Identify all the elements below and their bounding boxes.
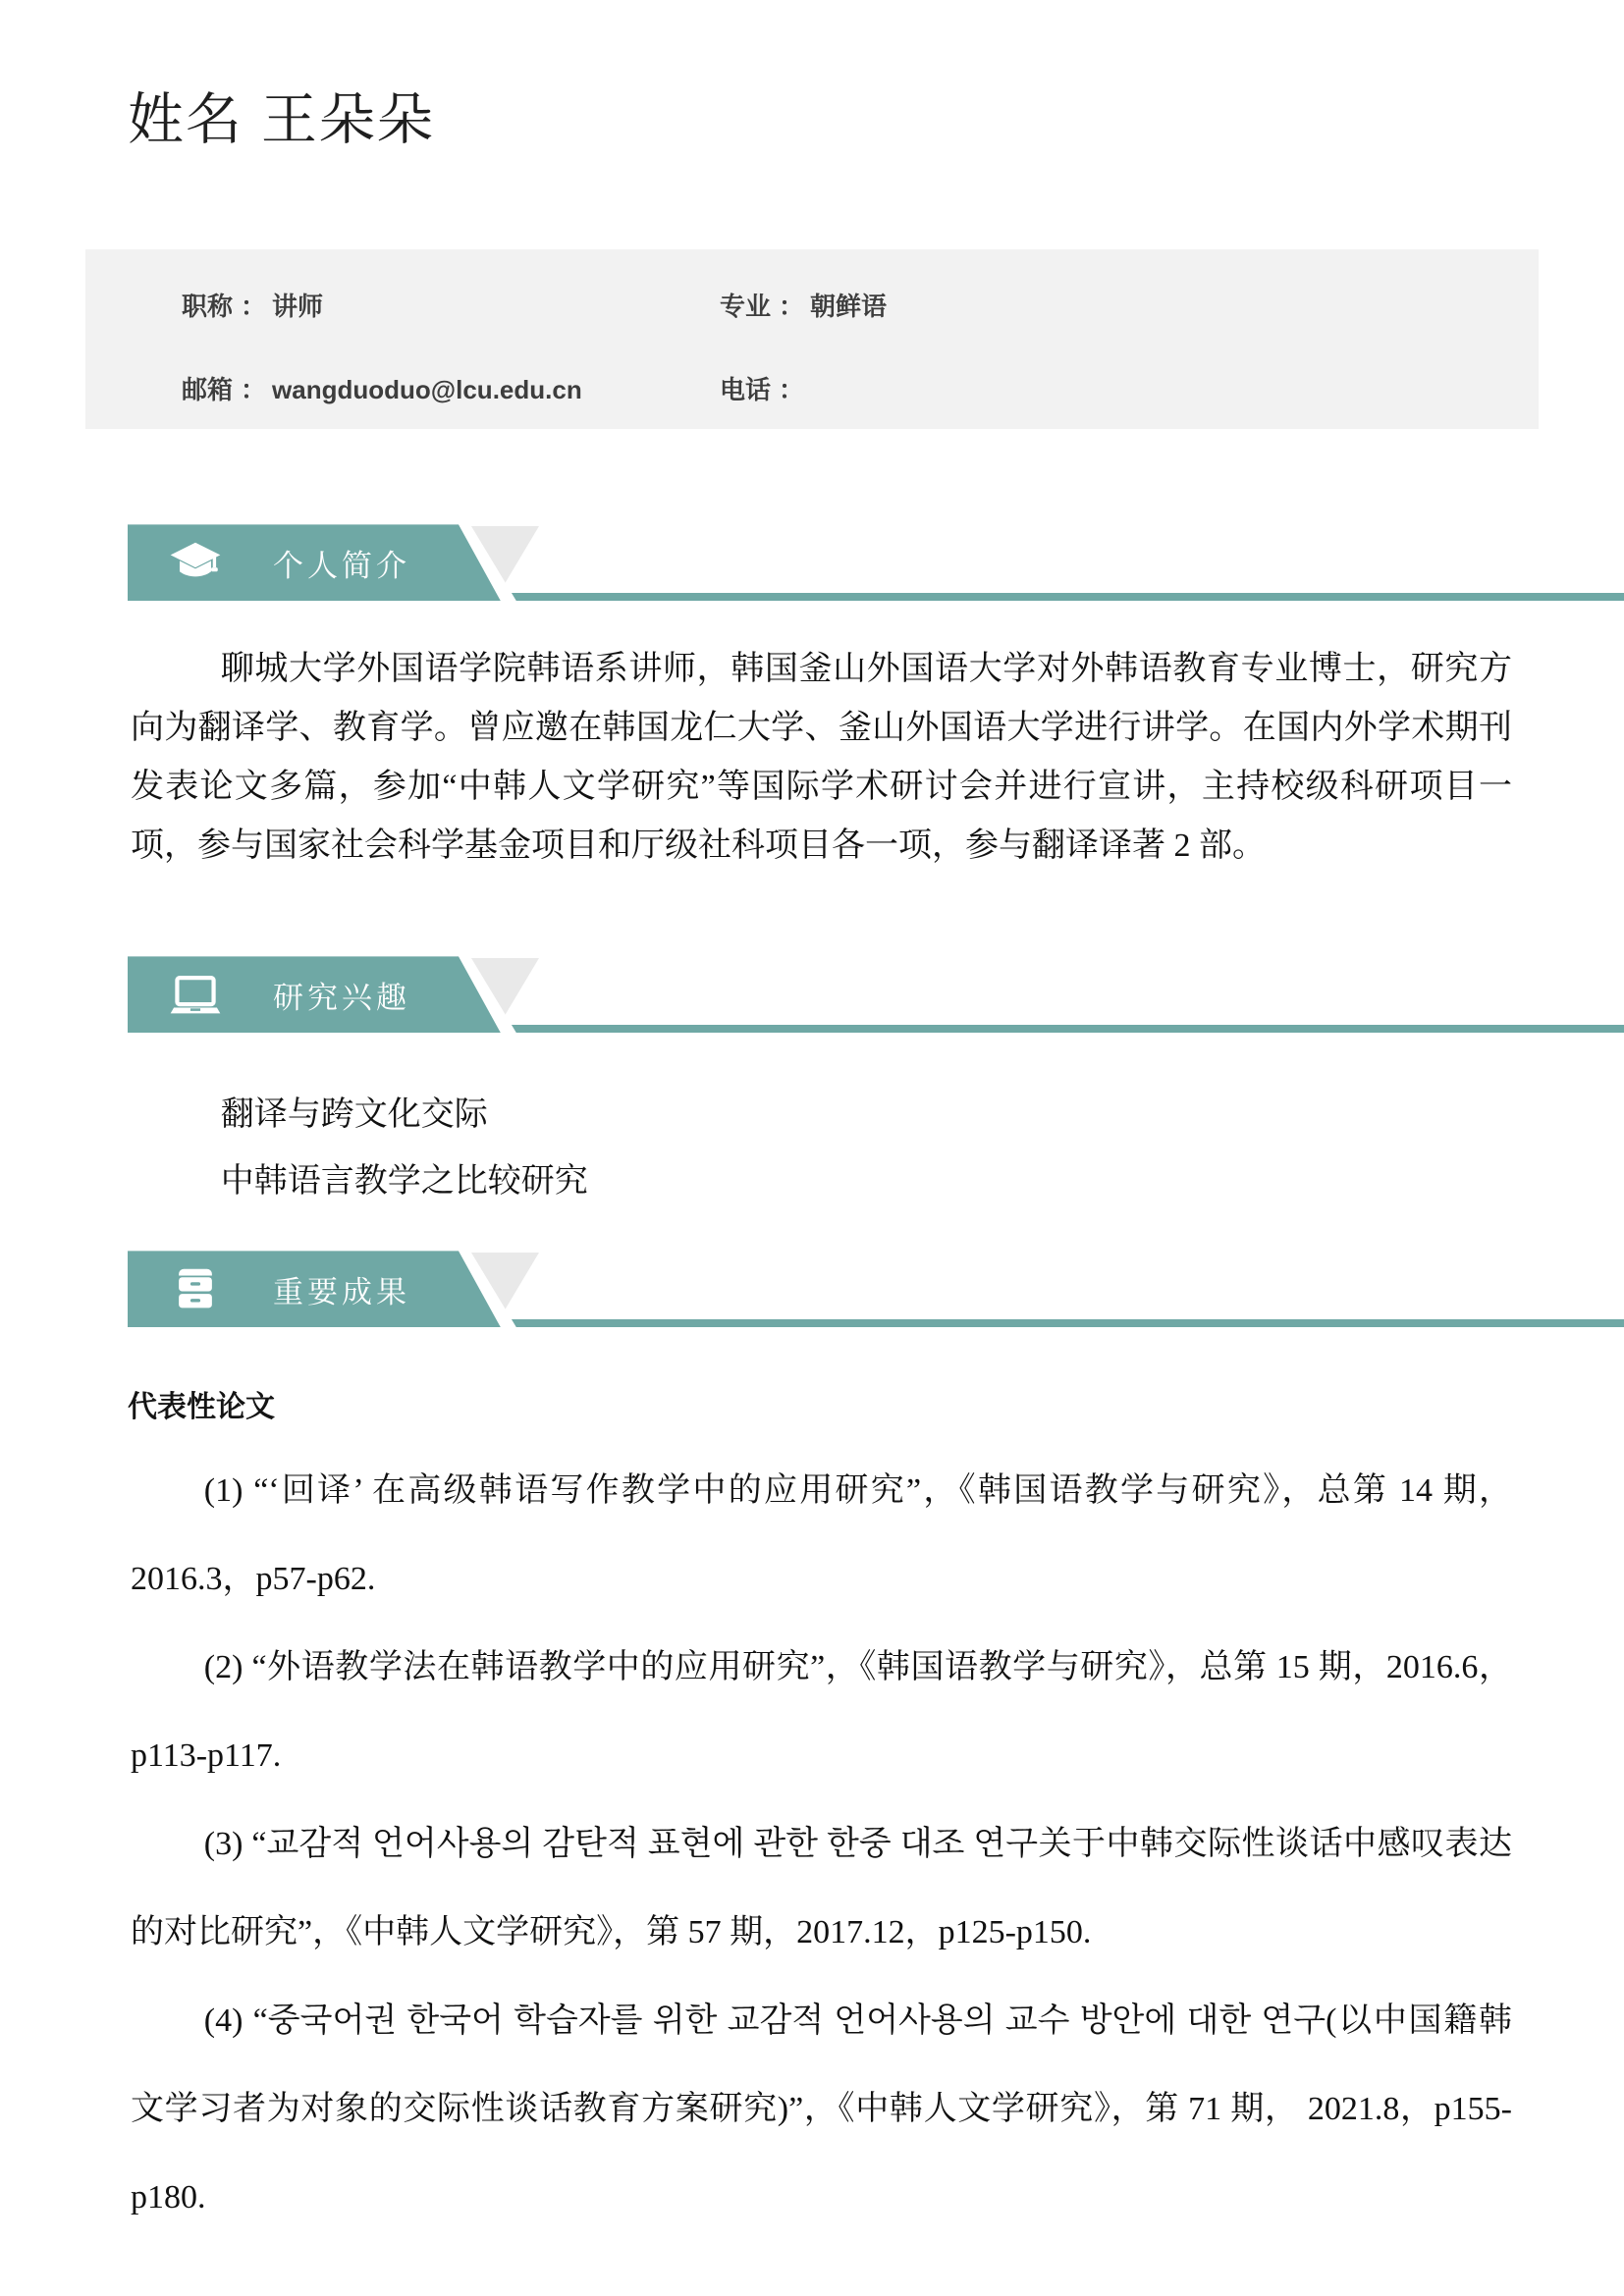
- info-field-phone: 电话：: [720, 376, 1539, 404]
- section-header-profile: 个人简介: [128, 524, 1624, 601]
- info-box: 职称：讲师 专业：朝鲜语 邮箱：wangduoduo@lcu.edu.cn 电话…: [85, 249, 1539, 429]
- field-label: 职称: [182, 292, 233, 321]
- field-separator: ：: [233, 375, 272, 404]
- interests-list: 翻译与跨文化交际 中韩语言教学之比较研究: [131, 1082, 1512, 1215]
- paper-item: (4) “중국어권 한국어 학습자를 위한 교감적 언어사용의 교수 방안에 대…: [131, 1977, 1512, 2242]
- info-field-major: 专业：朝鲜语: [720, 293, 1539, 321]
- info-field-job-title: 职称：讲师: [182, 293, 720, 321]
- field-separator: ：: [771, 292, 810, 321]
- field-label: 邮箱: [182, 375, 233, 404]
- interest-item: 中韩语言教学之比较研究: [131, 1148, 1512, 1215]
- section-banner: 重要成果: [128, 1251, 501, 1327]
- section-header-achievements: 重要成果: [128, 1251, 1624, 1327]
- field-label: 专业: [720, 292, 771, 321]
- field-value: 讲师: [272, 292, 323, 321]
- profile-paragraph: 聊城大学外国语学院韩语系讲师，韩国釜山外国语大学对外韩语教育专业博士，研究方向为…: [131, 640, 1512, 876]
- section-header-interests: 研究兴趣: [128, 956, 1624, 1033]
- field-separator: ：: [771, 375, 810, 404]
- papers-heading: 代表性论文: [128, 1390, 1624, 1425]
- page-title: 姓名 王朵朵: [128, 86, 1624, 153]
- paper-item: (1) “‘回译’ 在高级韩语写作教学中的应用研究”，《韩国语教学与研究》，总第…: [131, 1447, 1512, 1624]
- info-field-email: 邮箱：wangduoduo@lcu.edu.cn: [182, 376, 720, 404]
- section-title: 研究兴趣: [273, 973, 410, 1017]
- section-banner: 研究兴趣: [128, 956, 501, 1033]
- paper-item: (2) “外语教学法在韩语教学中的应用研究”，《韩国语教学与研究》，总第 15 …: [131, 1624, 1512, 1800]
- laptop-icon: [169, 968, 222, 1021]
- graduation-cap-icon: [169, 536, 222, 589]
- field-value: wangduoduo@lcu.edu.cn: [272, 375, 582, 404]
- archive-icon: [169, 1262, 222, 1315]
- interest-item: 翻译与跨文化交际: [131, 1082, 1512, 1148]
- field-label: 电话: [720, 375, 771, 404]
- section-banner: 个人简介: [128, 524, 501, 601]
- papers-list: (1) “‘回译’ 在高级韩语写作教学中的应用研究”，《韩国语教学与研究》，总第…: [131, 1447, 1512, 2242]
- field-value: 朝鲜语: [810, 292, 887, 321]
- paper-item: (3) “교감적 언어사용의 감탄적 표현에 관한 한중 대조 연구关于中韩交际…: [131, 1800, 1512, 1977]
- section-title: 个人简介: [273, 541, 410, 585]
- section-title: 重要成果: [273, 1267, 410, 1311]
- field-separator: ：: [233, 292, 272, 321]
